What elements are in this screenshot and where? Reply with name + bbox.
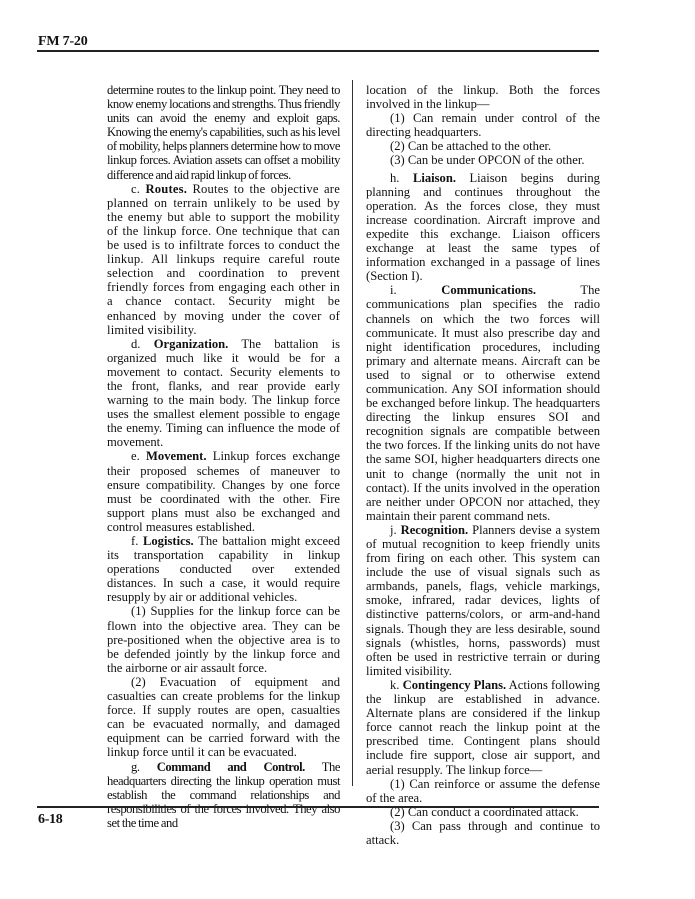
paragraph-contingency-plans: k. Contingency Plans. Actions following … xyxy=(366,678,600,777)
paragraph-liaison: h. Liaison. Liaison begins during planni… xyxy=(366,171,600,284)
column-divider xyxy=(352,80,353,786)
paragraph-movement: e. Movement. Linkup forces exchange thei… xyxy=(107,449,340,534)
paragraph-text: The battalion is organized much like it … xyxy=(107,337,340,450)
item-label: g. xyxy=(131,760,140,774)
page-number: 6-18 xyxy=(38,812,62,828)
section-heading-liaison: Liaison. xyxy=(413,171,456,185)
paragraph-text: The communications plan specifies the ra… xyxy=(366,283,600,523)
item-label: i. xyxy=(390,283,397,297)
left-column: determine routes to the linkup point. Th… xyxy=(107,83,340,830)
paragraph-communications: i. Communications. The communications pl… xyxy=(366,283,600,523)
section-heading-communications: Communications. xyxy=(441,283,536,297)
paragraph-text: Routes to the objective are planned on t… xyxy=(107,182,340,337)
item-label: c. xyxy=(131,182,140,196)
item-label: f. xyxy=(131,534,138,548)
paragraph-text: Linkup forces exchange their proposed sc… xyxy=(107,449,340,533)
section-heading-contingency-plans: Contingency Plans. xyxy=(403,678,507,692)
page-header-title: FM 7-20 xyxy=(38,34,88,50)
section-heading-routes: Routes. xyxy=(145,182,187,196)
item-label: j. xyxy=(390,523,397,537)
list-item-cc-1: (1) Can remain under control of the dire… xyxy=(366,111,600,139)
section-heading-organization: Organization. xyxy=(154,337,229,351)
paragraph-text: The battalion might exceed its transport… xyxy=(107,534,340,604)
paragraph-continued: determine routes to the linkup point. Th… xyxy=(107,83,340,182)
paragraph-text: Planners devise a system of mutual recog… xyxy=(366,523,600,678)
section-heading-recognition: Recognition. xyxy=(401,523,469,537)
list-item-contingency-1: (1) Can reinforce or assume the defense … xyxy=(366,777,600,805)
paragraph-recognition: j. Recognition. Planners devise a system… xyxy=(366,523,600,678)
paragraph-routes: c. Routes. Routes to the objective are p… xyxy=(107,182,340,337)
subparagraph-logistics-1: (1) Supplies for the linkup force can be… xyxy=(107,604,340,674)
paragraph-logistics: f. Logistics. The battalion might exceed… xyxy=(107,534,340,604)
paragraph-text: Actions following the linkup are establi… xyxy=(366,678,600,777)
list-item-contingency-3: (3) Can pass through and continue to att… xyxy=(366,819,600,847)
paragraph-command-control: g. Command and Control. The headquarters… xyxy=(107,760,340,830)
section-heading-movement: Movement. xyxy=(146,449,207,463)
item-label: h. xyxy=(390,171,399,185)
paragraph-organization: d. Organization. The battalion is organi… xyxy=(107,337,340,450)
section-heading-logistics: Logistics. xyxy=(143,534,194,548)
list-item-cc-3: (3) Can be under OPCON of the other. xyxy=(366,153,600,167)
item-label: k. xyxy=(390,678,399,692)
item-label: d. xyxy=(131,337,140,351)
list-item-cc-2: (2) Can be attached to the other. xyxy=(366,139,600,153)
paragraph-continued: location of the linkup. Both the forces … xyxy=(366,83,600,111)
right-column: location of the linkup. Both the forces … xyxy=(366,83,600,847)
footer-rule xyxy=(37,806,599,808)
item-label: e. xyxy=(131,449,140,463)
paragraph-text: Liaison begins during planning and conti… xyxy=(366,171,600,284)
section-heading-command-control: Command and Control. xyxy=(157,760,305,774)
subparagraph-logistics-2: (2) Evacuation of equipment and casualti… xyxy=(107,675,340,760)
header-rule xyxy=(37,50,599,52)
